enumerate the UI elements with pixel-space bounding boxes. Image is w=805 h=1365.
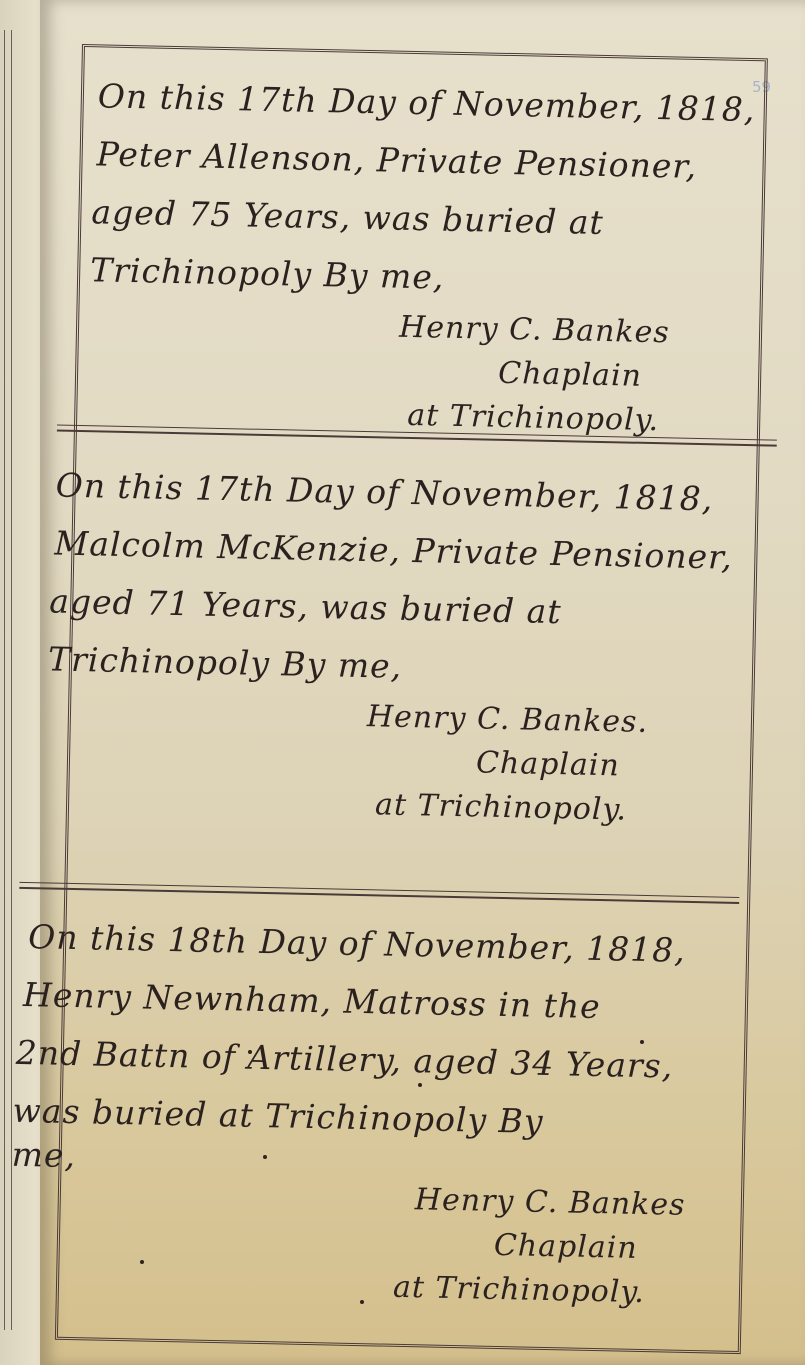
ink-speck <box>360 1300 364 1304</box>
ink-speck <box>460 1003 464 1007</box>
ink-speck <box>140 1260 144 1264</box>
entry-divider <box>19 882 739 904</box>
burial-entry-3: On this 18th Day of November, 1818, Henr… <box>3 908 691 1316</box>
burial-entry-2: On this 17th Day of November, 1818, Malc… <box>35 456 722 834</box>
ink-speck <box>248 1050 252 1054</box>
ruled-frame: On this 17th Day of November, 1818, Pete… <box>55 44 768 1354</box>
ink-speck <box>640 1040 644 1044</box>
ink-speck <box>418 1083 422 1087</box>
burial-entry-1: On this 17th Day of November, 1818, Pete… <box>77 67 764 445</box>
ink-speck <box>263 1155 267 1159</box>
